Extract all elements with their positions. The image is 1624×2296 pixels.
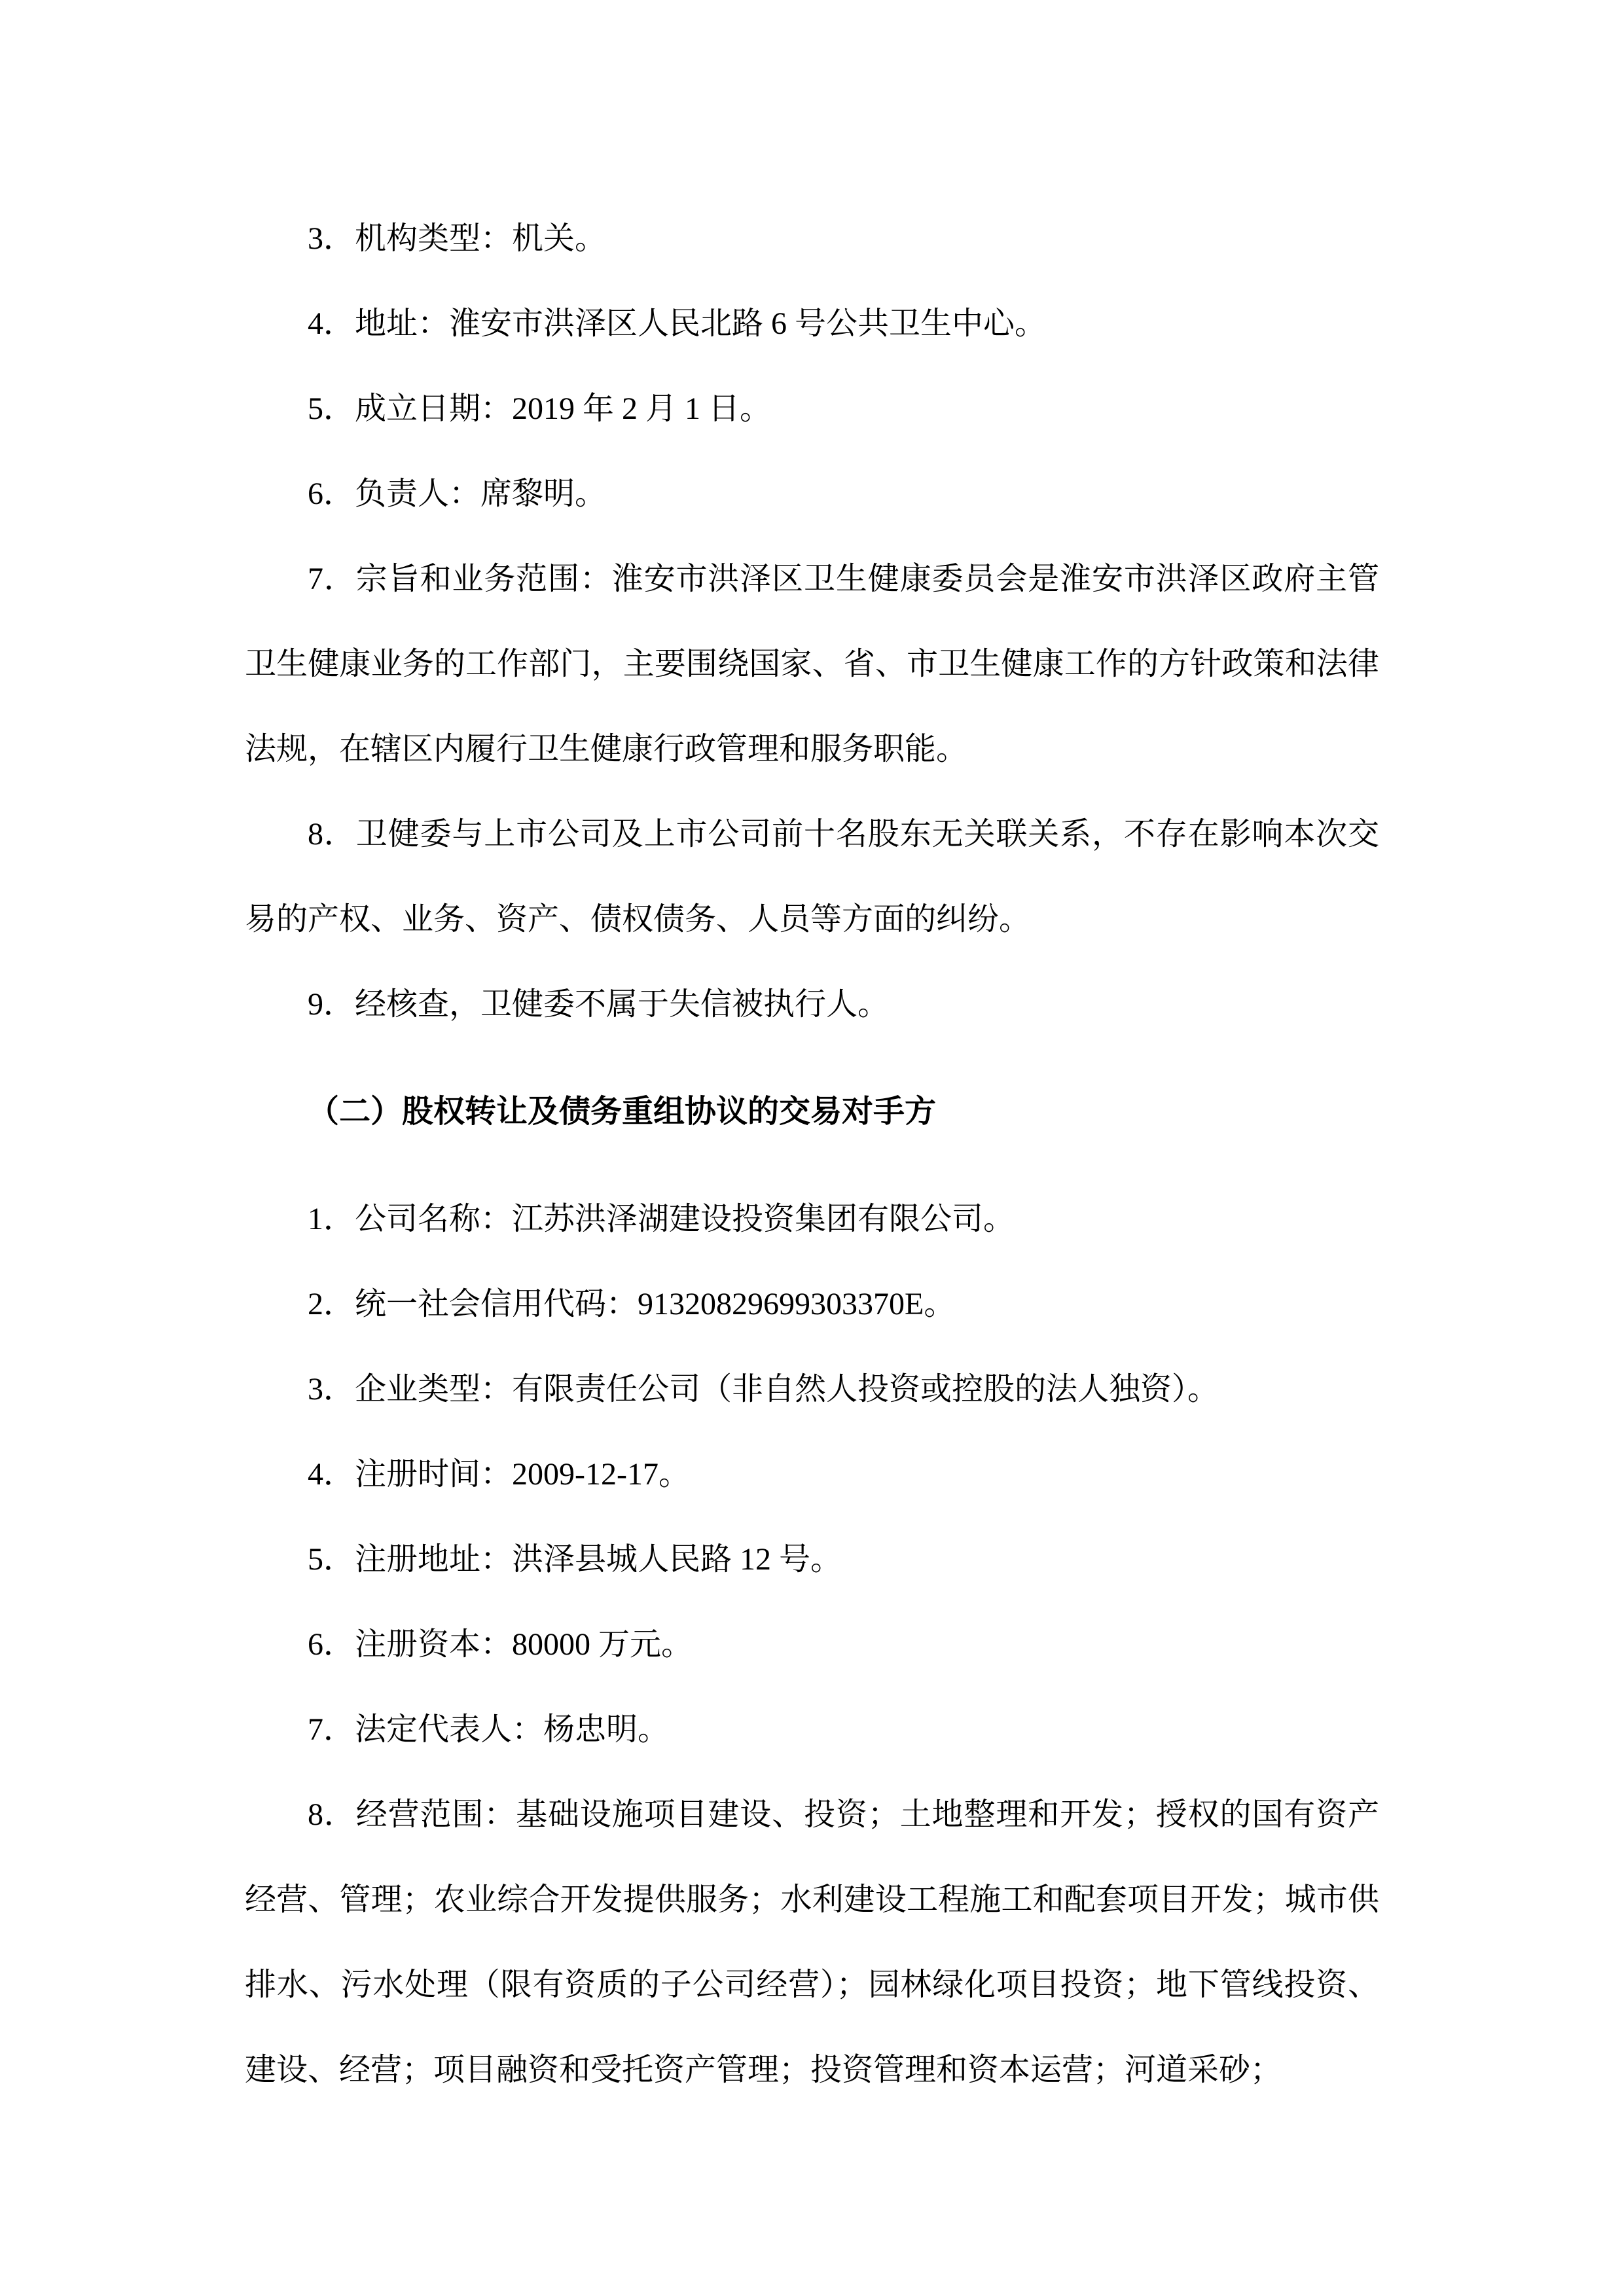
- para-business-scope: 8．经营范围：基础设施项目建设、投资；土地整理和开发；授权的国有资产经营、管理；…: [245, 1772, 1379, 2113]
- para-established-date: 5．成立日期：2019 年 2 月 1 日。: [245, 367, 1379, 452]
- para-address: 4．地址：淮安市洪泽区人民北路 6 号公共卫生中心。: [245, 281, 1379, 367]
- para-company-type: 3．企业类型：有限责任公司（非自然人投资或控股的法人独资）。: [245, 1347, 1379, 1432]
- para-purpose-business-scope: 7．宗旨和业务范围：淮安市洪泽区卫生健康委员会是淮安市洪泽区政府主管卫生健康业务…: [245, 537, 1379, 792]
- para-person-in-charge: 6．负责人：席黎明。: [245, 452, 1379, 537]
- para-relationship-statement: 8．卫健委与上市公司及上市公司前十名股东无关联关系，不存在影响本次交易的产权、业…: [245, 792, 1379, 962]
- para-legal-representative: 7．法定代表人：杨忠明。: [245, 1687, 1379, 1772]
- para-company-name: 1．公司名称：江苏洪泽湖建设投资集团有限公司。: [245, 1177, 1379, 1262]
- document-page: 3．机构类型：机关。 4．地址：淮安市洪泽区人民北路 6 号公共卫生中心。 5．…: [0, 0, 1624, 2296]
- para-registered-address: 5．注册地址：洪泽县城人民路 12 号。: [245, 1517, 1379, 1602]
- para-registered-capital: 6．注册资本：80000 万元。: [245, 1602, 1379, 1687]
- para-org-type: 3．机构类型：机关。: [245, 196, 1379, 281]
- para-credit-code: 2．统一社会信用代码：91320829699303370E。: [245, 1262, 1379, 1347]
- document-body: 3．机构类型：机关。 4．地址：淮安市洪泽区人民北路 6 号公共卫生中心。 5．…: [0, 0, 1624, 2113]
- para-dishonest-executee-check: 9．经核查，卫健委不属于失信被执行人。: [245, 962, 1379, 1047]
- section-heading-counterparty: （二）股权转让及债务重组协议的交易对手方: [245, 1069, 1379, 1155]
- para-registration-date: 4．注册时间：2009-12-17。: [245, 1432, 1379, 1517]
